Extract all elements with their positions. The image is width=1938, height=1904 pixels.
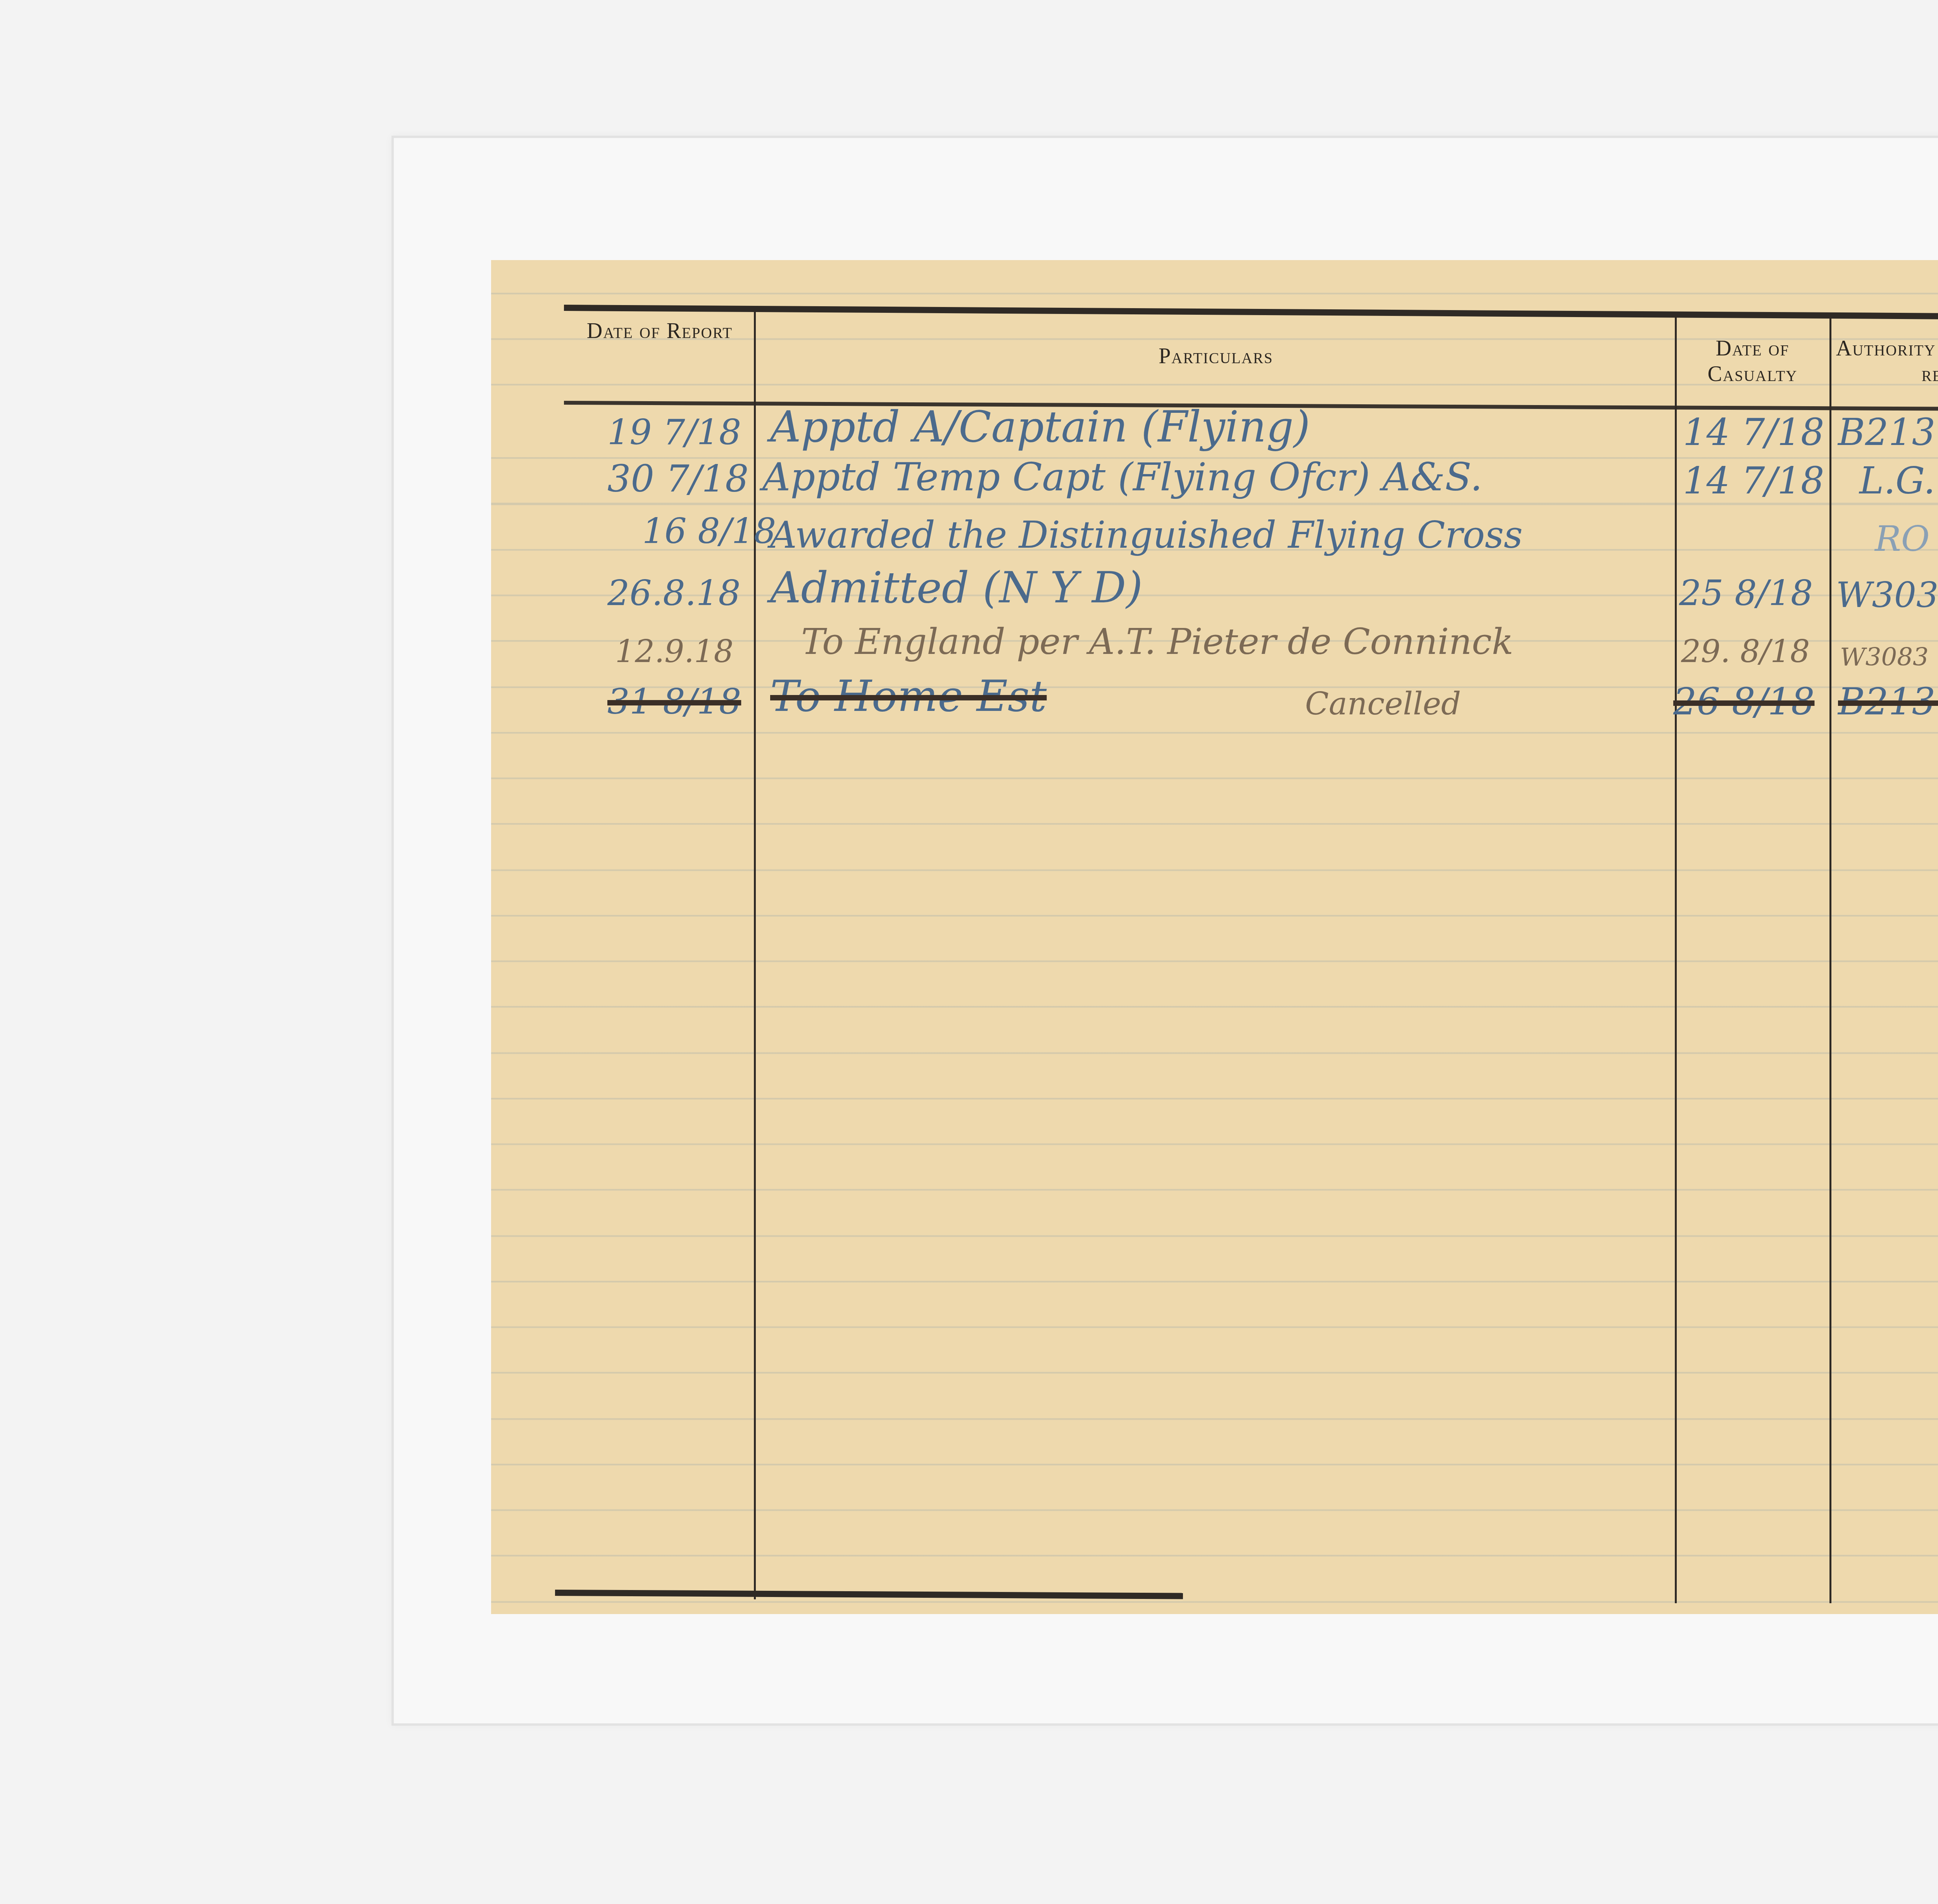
row-2-particulars: Apptd Temp Capt (Flying Ofcr) A&S. <box>762 454 1483 500</box>
row-2-date-of-report: 30 7/18 <box>607 456 748 502</box>
row-5-date-of-casualty: 29. 8/18 <box>1681 628 1810 675</box>
row-5-authority: W3083 <box>1840 634 1929 681</box>
row-4-particulars: Admitted (N Y D) <box>770 564 1143 611</box>
row-6-particulars: To Home Est <box>770 673 1047 719</box>
header-authority: Authority and from whom received <box>1832 336 1938 387</box>
row-1-particulars: Apptd A/Captain (Flying) <box>770 404 1310 450</box>
row-5-particulars: To England per A.T. Pieter de Conninck <box>801 619 1514 665</box>
row-3-particulars: Awarded the Distinguished Flying Cross <box>770 512 1522 559</box>
header-date-of-casualty: Date of Casualty <box>1678 336 1827 387</box>
row-2-date-of-casualty: 14 7/18 <box>1683 458 1824 504</box>
row-5-date-of-report: 12.9.18 <box>615 628 733 675</box>
row-1-authority: B213 <box>1838 409 1935 456</box>
column-divider-3 <box>1829 312 1831 1603</box>
column-divider-2 <box>1675 312 1677 1603</box>
row-1-date-of-report: 19 7/18 <box>607 409 741 456</box>
row-1-date-of-casualty: 14 7/18 <box>1683 409 1824 456</box>
header-date-of-report: Date of Report <box>569 318 751 344</box>
row-2-authority: L.G. <box>1859 458 1935 504</box>
record-page: Date of Report Particulars Date of Casua… <box>491 260 1938 1614</box>
row-4-authority: W3034 <box>1836 572 1938 619</box>
row-6-cancelled-note: Cancelled <box>1305 681 1461 727</box>
header-top-rule <box>564 305 1938 320</box>
row-3-date-of-report: 16 8/18 <box>642 508 776 555</box>
row-6-date-of-report: 31 8/18 <box>607 679 741 725</box>
row-4-date-of-report: 26.8.18 <box>607 570 741 617</box>
header-particulars: Particulars <box>759 343 1673 369</box>
row-6-authority: B213. <box>1838 679 1938 725</box>
row-3-authority: RO <box>1875 516 1930 562</box>
column-divider-1 <box>754 309 756 1599</box>
row-6-date-of-casualty: 26 8/18 <box>1673 679 1814 725</box>
row-4-date-of-casualty: 25 8/18 <box>1679 570 1813 617</box>
footer-rule <box>555 1590 1183 1599</box>
